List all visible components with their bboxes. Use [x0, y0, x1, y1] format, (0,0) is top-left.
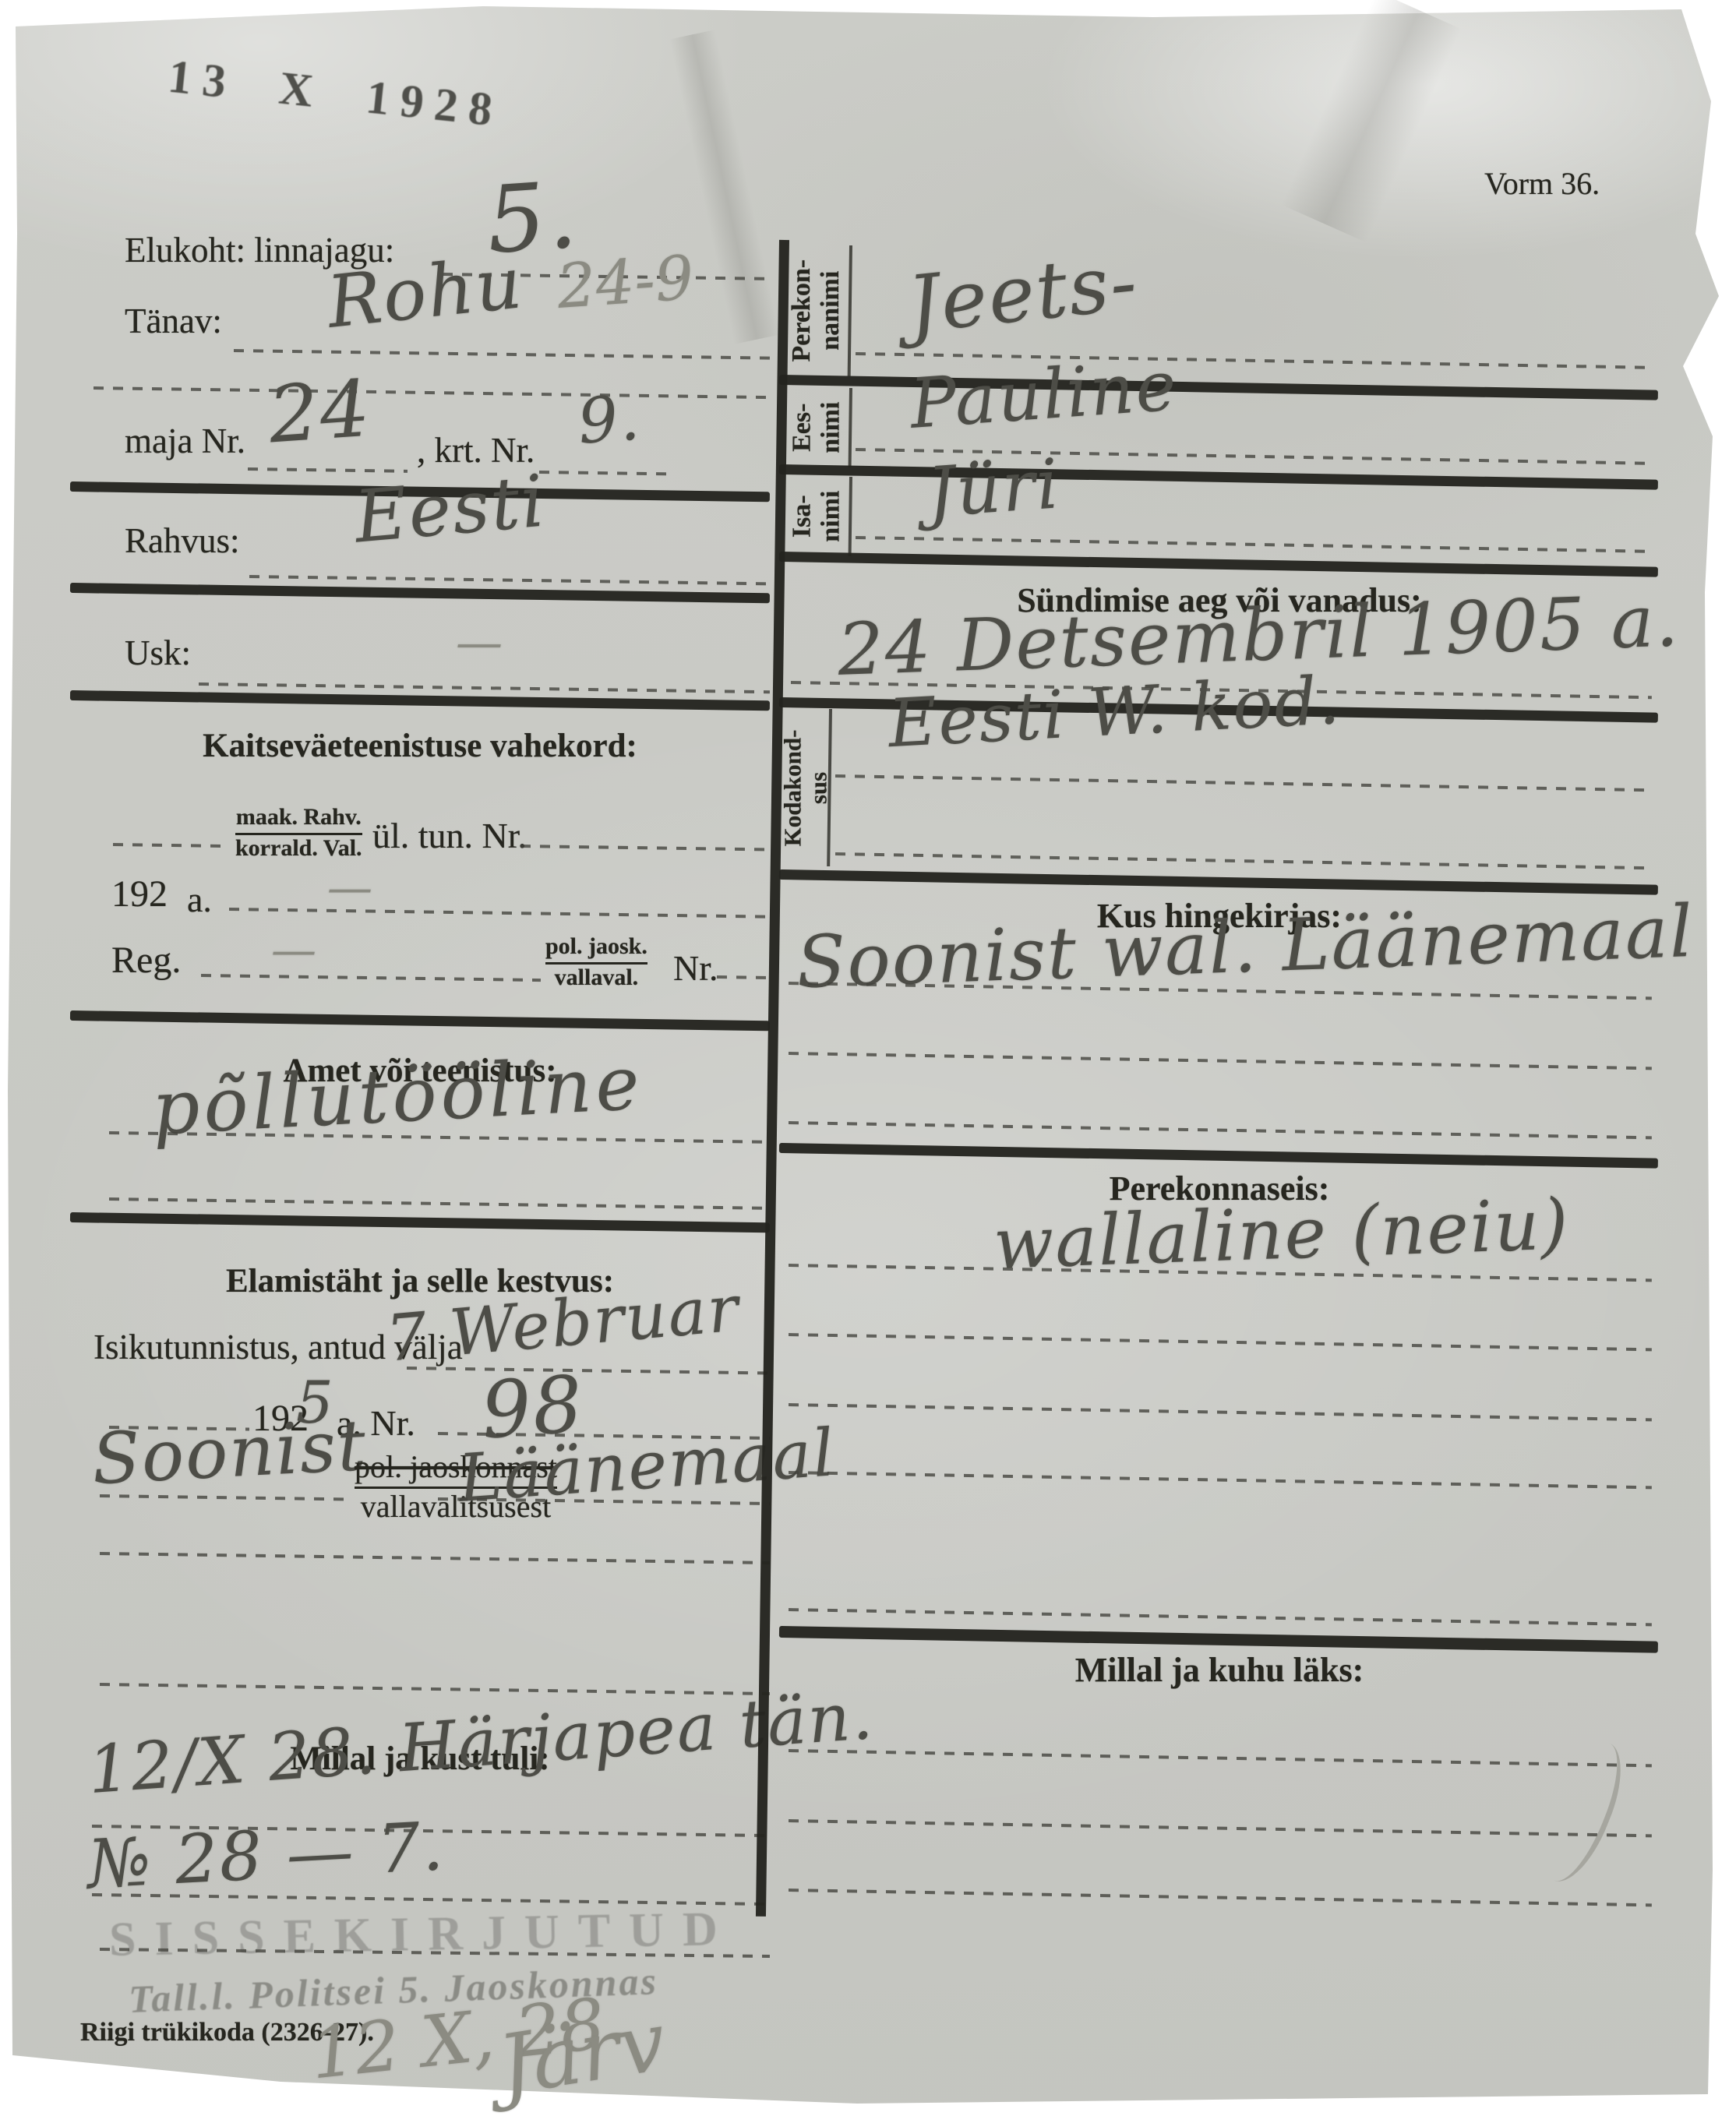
year-value-pencil: — — [327, 861, 372, 914]
kodakondsus-label: Kodakond- sus — [780, 729, 832, 846]
form-number-label: Vorm 36. — [1484, 165, 1600, 202]
a-label: a. — [187, 879, 212, 920]
maja-nr-label: maja Nr. — [125, 421, 245, 461]
fraction-top: pol. jaosk. — [545, 933, 647, 965]
usk-value: — — [456, 615, 503, 670]
rahvus-value: Eesti — [351, 460, 549, 559]
fraction-bottom: korrald. Val. — [235, 835, 362, 862]
year-192-label: 192 — [111, 873, 168, 915]
kodakondsus-label-cell: Kodakond- sus — [782, 711, 830, 865]
reg-value-pencil: — — [271, 923, 316, 976]
millal-laks-heading: Millal ja kuhu läks: — [787, 1650, 1652, 1690]
fraction-pol-vallaval: pol. jaosk. vallaval. — [545, 933, 647, 991]
usk-label: Usk: — [125, 633, 191, 673]
isanimi-label: Isa- nimi — [788, 491, 845, 542]
eesnimi-label-cell: Ees- nimi — [783, 390, 850, 466]
ul-tun-nr-label: ül. tun. Nr. — [372, 815, 527, 856]
perekonnanimi-label: Perekon- nanimi — [788, 259, 845, 362]
fraction-bottom: vallaval. — [545, 965, 647, 992]
fraction-maak-korrald: maak. Rahv. korrald. Val. — [235, 804, 362, 862]
soonist-value: Soonist — [90, 1405, 369, 1501]
scanned-registration-form: 13 X 1928 Vorm 36. Elukoht: linnajagu: 5… — [0, 0, 1736, 2116]
reg-label: Reg. — [111, 939, 181, 982]
eesnimi-label: Ees- nimi — [788, 402, 845, 453]
rahvus-label: Rahvus: — [125, 520, 240, 561]
fraction-top: maak. Rahv. — [235, 804, 362, 835]
isanimi-label-cell: Isa- nimi — [783, 478, 850, 555]
tanav-label: Tänav: — [125, 301, 222, 341]
tanav-value-pencil: 24-9 — [555, 243, 696, 323]
isanimi-value: Jüri — [925, 443, 1063, 533]
perekonnanimi-label-cell: Perekon- nanimi — [783, 248, 850, 374]
krt-nr-value: 9. — [576, 381, 644, 457]
kaitse-heading: Kaitseväeteenistuse vahekord: — [70, 727, 770, 765]
maja-nr-value: 24 — [266, 363, 374, 461]
nr-label: Nr. — [673, 947, 718, 989]
